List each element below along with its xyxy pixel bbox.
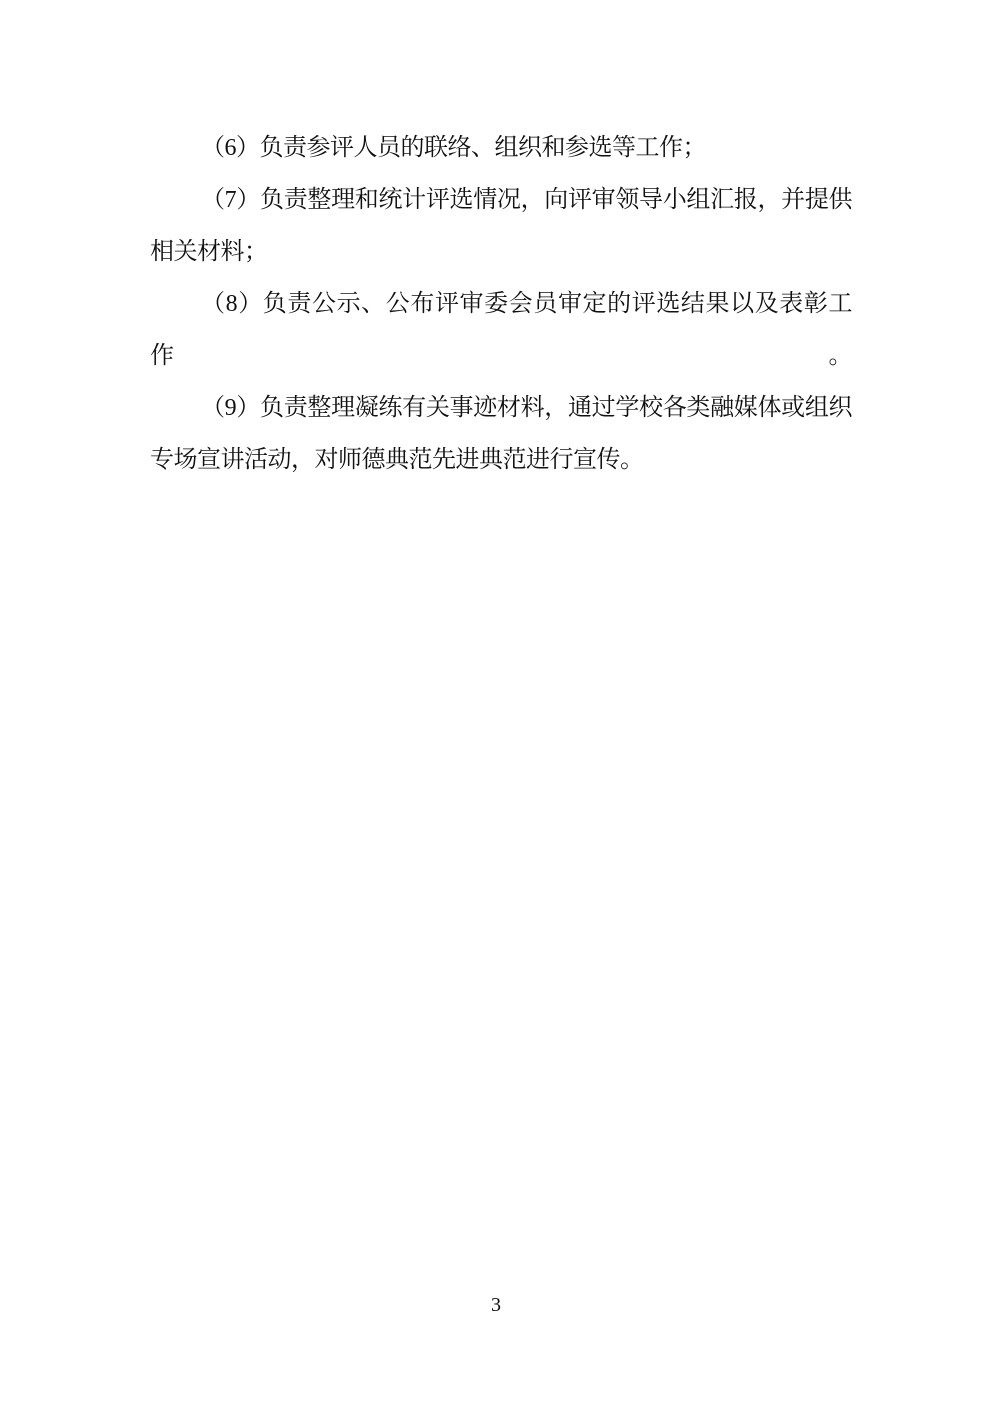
- document-page: （6）负责参评人员的联络、组织和参选等工作； （7）负责整理和统计评选情况，向评…: [0, 0, 992, 1403]
- text-line: （6）负责参评人员的联络、组织和参选等工作；: [150, 122, 852, 174]
- text-line: （8）负责公示、公布评审委会员审定的评选结果以及表彰工作。: [150, 278, 852, 382]
- body-text: （6）负责参评人员的联络、组织和参选等工作； （7）负责整理和统计评选情况，向评…: [150, 122, 852, 486]
- paragraph-clause-6: （6）负责参评人员的联络、组织和参选等工作；: [150, 122, 852, 174]
- page-number: 3: [0, 1292, 992, 1318]
- paragraph-clause-7: （7）负责整理和统计评选情况，向评审领导小组汇报，并提供 相关材料；: [150, 174, 852, 278]
- text-line: （9）负责整理凝练有关事迹材料，通过学校各类融媒体或组织: [150, 382, 852, 434]
- text-line: 相关材料；: [150, 226, 852, 278]
- paragraph-clause-8: （8）负责公示、公布评审委会员审定的评选结果以及表彰工作。: [150, 278, 852, 382]
- paragraph-clause-9: （9）负责整理凝练有关事迹材料，通过学校各类融媒体或组织 专场宣讲活动，对师德典…: [150, 382, 852, 486]
- text-line: 专场宣讲活动，对师德典范先进典范进行宣传。: [150, 434, 852, 486]
- text-line: （7）负责整理和统计评选情况，向评审领导小组汇报，并提供: [150, 174, 852, 226]
